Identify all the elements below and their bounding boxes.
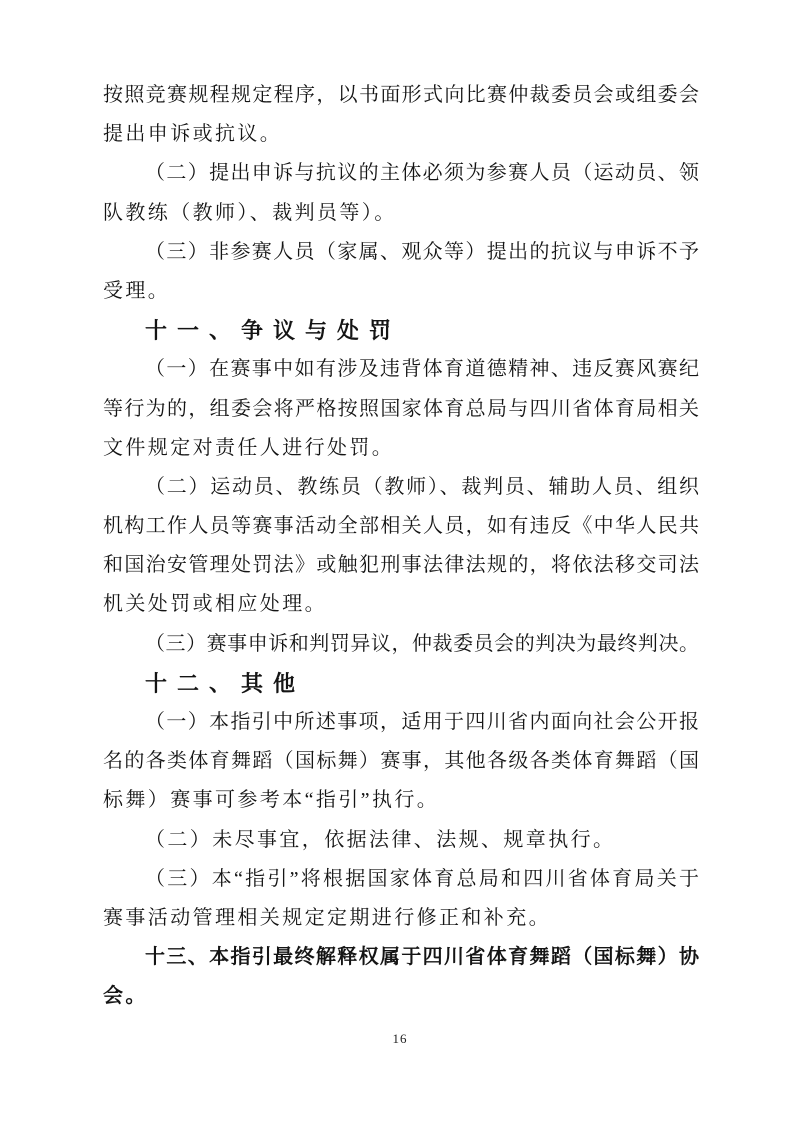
section-heading-twelve: 十二、其他 xyxy=(103,664,699,703)
text-line: （一）在赛事中如有涉及违背体育道德精神、违反赛风赛纪 xyxy=(103,350,699,389)
text-line: 赛事活动管理相关规定定期进行修正和补充。 xyxy=(103,899,699,938)
document-page: 按照竞赛规程规定程序，以书面形式向比赛仲裁委员会或组委会 提出申诉或抗议。 （二… xyxy=(0,0,800,1131)
text-line: 标舞）赛事可参考本“指引”执行。 xyxy=(103,781,699,820)
text-line: （三）本“指引”将根据国家体育总局和四川省体育局关于 xyxy=(103,860,699,899)
text-line: 队教练（教师）、裁判员等）。 xyxy=(103,194,699,233)
text-line: 按照竞赛规程规定程序，以书面形式向比赛仲裁委员会或组委会 xyxy=(103,76,699,115)
text-line: 提出申诉或抗议。 xyxy=(103,115,699,154)
text-line: 等行为的，组委会将严格按照国家体育总局与四川省体育局相关 xyxy=(103,390,699,429)
text-line: （二）未尽事宜，依据法律、法规、规章执行。 xyxy=(103,821,699,860)
text-line: （三）赛事申诉和判罚异议，仲裁委员会的判决为最终判决。 xyxy=(103,625,699,664)
text-line: （三）非参赛人员（家属、观众等）提出的抗议与申诉不予 xyxy=(103,233,699,272)
page-number: 16 xyxy=(0,1031,800,1047)
text-line: （二）运动员、教练员（教师）、裁判员、辅助人员、组织 xyxy=(103,468,699,507)
text-line: 机关处罚或相应处理。 xyxy=(103,585,699,624)
text-line: （一）本指引中所述事项，适用于四川省内面向社会公开报 xyxy=(103,703,699,742)
text-line: 机构工作人员等赛事活动全部相关人员，如有违反《中华人民共 xyxy=(103,507,699,546)
text-line: 和国治安管理处罚法》或触犯刑事法律法规的，将依法移交司法 xyxy=(103,546,699,585)
text-line: 受理。 xyxy=(103,272,699,311)
text-line: 名的各类体育舞蹈（国标舞）赛事，其他各级各类体育舞蹈（国 xyxy=(103,742,699,781)
text-line: 文件规定对责任人进行处罚。 xyxy=(103,429,699,468)
document-body: 按照竞赛规程规定程序，以书面形式向比赛仲裁委员会或组委会 提出申诉或抗议。 （二… xyxy=(103,76,699,1017)
section-heading-thirteen: 十三、本指引最终解释权属于四川省体育舞蹈（国标舞）协 xyxy=(103,938,699,977)
text-line: （二）提出申诉与抗议的主体必须为参赛人员（运动员、领 xyxy=(103,154,699,193)
section-heading-eleven: 十一、争议与处罚 xyxy=(103,311,699,350)
section-heading-thirteen-continuation: 会。 xyxy=(103,977,699,1016)
